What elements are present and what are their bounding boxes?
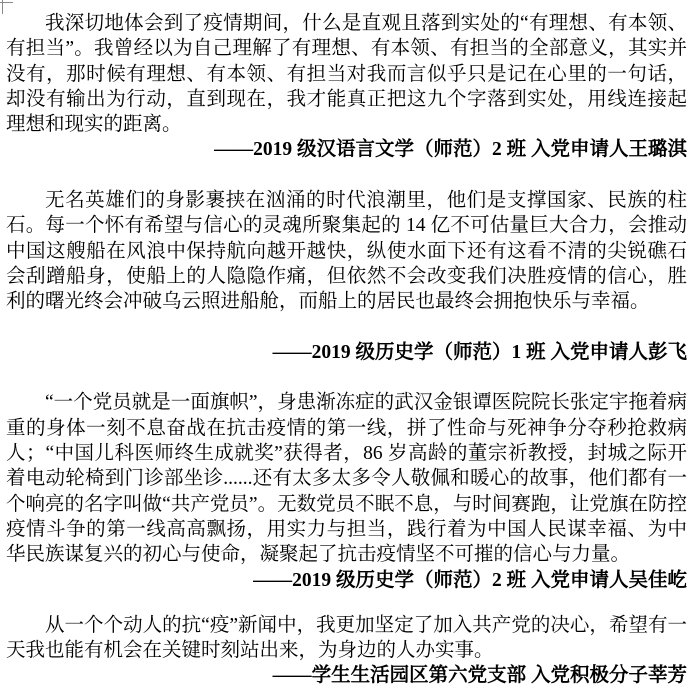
quote-paragraph-2: 无名英雄们的身影裹挟在汹涌的时代浪潮里，他们是支撑国家、民族的柱石。每一个怀有希…	[6, 188, 687, 314]
quote-attribution-1: ——2019 级汉语言文学（师范）2 班 入党申请人王璐淇	[6, 137, 687, 162]
quote-attribution-2: ——2019 级历史学（师范）1 班 入党申请人彭飞	[6, 340, 687, 365]
quote-attribution-4: ——学生生活园区第六党支部 入党积极分子莘芳	[6, 663, 687, 688]
quote-attribution-3: ——2019 级历史学（师范）2 班 入党申请人吴佳屹	[6, 568, 687, 593]
quote-paragraph-4: 从一个个动人的抗“疫”新闻中，我更加坚定了加入共产党的决心，希望有一天我也能有机…	[6, 613, 687, 664]
document-page: 我深切地体会到了疫情期间，什么是直观且落到实处的“有理想、有本领、有担当”。我曾…	[0, 0, 692, 692]
frame-corner-mark	[2, 0, 3, 14]
quote-paragraph-1: 我深切地体会到了疫情期间，什么是直观且落到实处的“有理想、有本领、有担当”。我曾…	[6, 11, 687, 137]
quote-paragraph-3: “一个党员就是一面旗帜”，身患渐冻症的武汉金银谭医院院长张定宇拖着病重的身体一刻…	[6, 390, 687, 567]
